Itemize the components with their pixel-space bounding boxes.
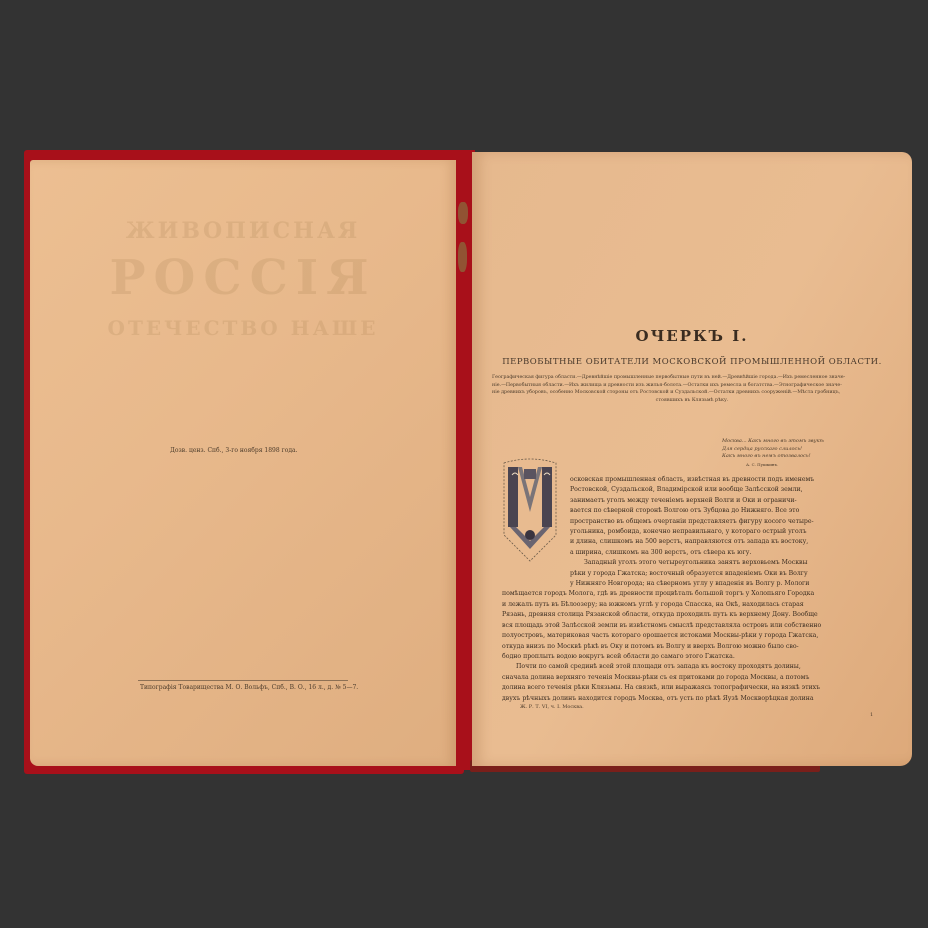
summary-line: ніе.—Первобытныя области.—Ихъ жилища и д… [492, 382, 892, 390]
body-line: Почти по самой срединѣ всей этой площади… [502, 662, 892, 672]
body-text: осковская промышленная область, извѣстна… [502, 475, 892, 704]
body-line: сначала долина верхняго теченія Москвы-р… [502, 673, 892, 683]
body-line: откуда внизъ по Москвѣ рѣкѣ въ Оку и пот… [502, 642, 892, 652]
printer-line: Типографія Товарищества М. О. Вольфъ, Сп… [140, 684, 358, 691]
summary-line: ніе древнихъ уборовъ, особенно Московско… [492, 389, 892, 397]
open-book: ЖИВОПИСНАЯ РОССІЯ ОТЕЧЕСТВО НАШЕ Дозв. ц… [0, 0, 928, 928]
chapter-title: ОЧЕРКЪ I. [472, 327, 912, 345]
epigraph-line: Для сердца русскаго слилось! [722, 446, 824, 454]
body-line: и лежалъ путь въ Бѣлоозеру; на южномъ уг… [502, 600, 892, 610]
body-line: вся площадь этой Залѣсской земли въ извѣ… [502, 621, 892, 631]
ghost-title-line: ОТЕЧЕСТВО НАШЕ [30, 316, 456, 340]
body-line: угольника, ромбоида, конечно неправильна… [570, 527, 892, 537]
body-line: пространство въ общемъ очертаніи предста… [570, 517, 892, 527]
body-line: рѣки у города Гжатска; восточный образуе… [570, 569, 892, 579]
chapter-summary: Географическая фигура области.—Древнѣйші… [492, 374, 892, 404]
stain-mark [458, 242, 467, 272]
epigraph: Москва... Какъ много въ этомъ звукѣ Для … [722, 438, 824, 468]
summary-line: Географическая фигура области.—Древнѣйші… [492, 374, 892, 382]
body-line: вается по сѣверной сторонѣ Волгою отъ Зу… [570, 506, 892, 516]
epigraph-line: Какъ много въ немъ отозвалось! [722, 453, 824, 461]
body-line: и длина, слишкомъ на 500 верстъ, направл… [570, 537, 892, 547]
ghost-title-line: ЖИВОПИСНАЯ [30, 218, 456, 244]
body-line: у Нижняго Новгорода; на сѣверномъ углу у… [570, 579, 892, 589]
right-page: ОЧЕРКЪ I. ПЕРВОБЫТНЫЕ ОБИТАТЕЛИ МОСКОВСК… [472, 152, 912, 766]
body-line: бодно проплыть водою вокругъ всей област… [502, 652, 892, 662]
left-page: ЖИВОПИСНАЯ РОССІЯ ОТЕЧЕСТВО НАШЕ Дозв. ц… [30, 160, 456, 766]
ghost-title-line: РОССІЯ [30, 250, 456, 306]
epigraph-line: Москва... Какъ много въ этомъ звукѣ [722, 438, 824, 446]
body-line: Западный уголъ этого четыреугольника зан… [570, 558, 892, 568]
chapter-subtitle: ПЕРВОБЫТНЫЕ ОБИТАТЕЛИ МОСКОВСКОЙ ПРОМЫШЛ… [472, 357, 912, 367]
body-line: занимаетъ уголъ между теченіемъ верхней … [570, 496, 892, 506]
page-number: 1 [870, 712, 873, 718]
censor-note: Дозв. ценз. Спб., 3-го ноября 1898 года. [170, 447, 298, 454]
body-line: Ростовской, Суздальской, Владимірской ил… [570, 485, 892, 495]
body-line: помѣщается городъ Молога, гдѣ въ древнос… [502, 589, 892, 599]
body-line: Рязань, древняя столица Рязанской област… [502, 610, 892, 620]
body-line: осковская промышленная область, извѣстна… [570, 475, 892, 485]
footer-signature: Ж. Р. Т. VI, ч. I. Москва. [520, 704, 584, 710]
body-line: двухъ рѣчныхъ долинъ находится городъ Мо… [502, 694, 892, 704]
summary-line: стоявшихъ въ Клязьмѣ рѣку. [492, 397, 892, 405]
epigraph-author: А. С. Пушкинъ. [746, 461, 824, 469]
body-line: долина всего теченія рѣки Клязьмы. На св… [502, 683, 892, 693]
divider-rule [138, 680, 348, 681]
body-line: а ширина, слишкомъ на 300 верстъ, отъ сѣ… [570, 548, 892, 558]
stain-mark [458, 202, 468, 224]
body-line: полуостровъ, материковая часть котораго … [502, 631, 892, 641]
